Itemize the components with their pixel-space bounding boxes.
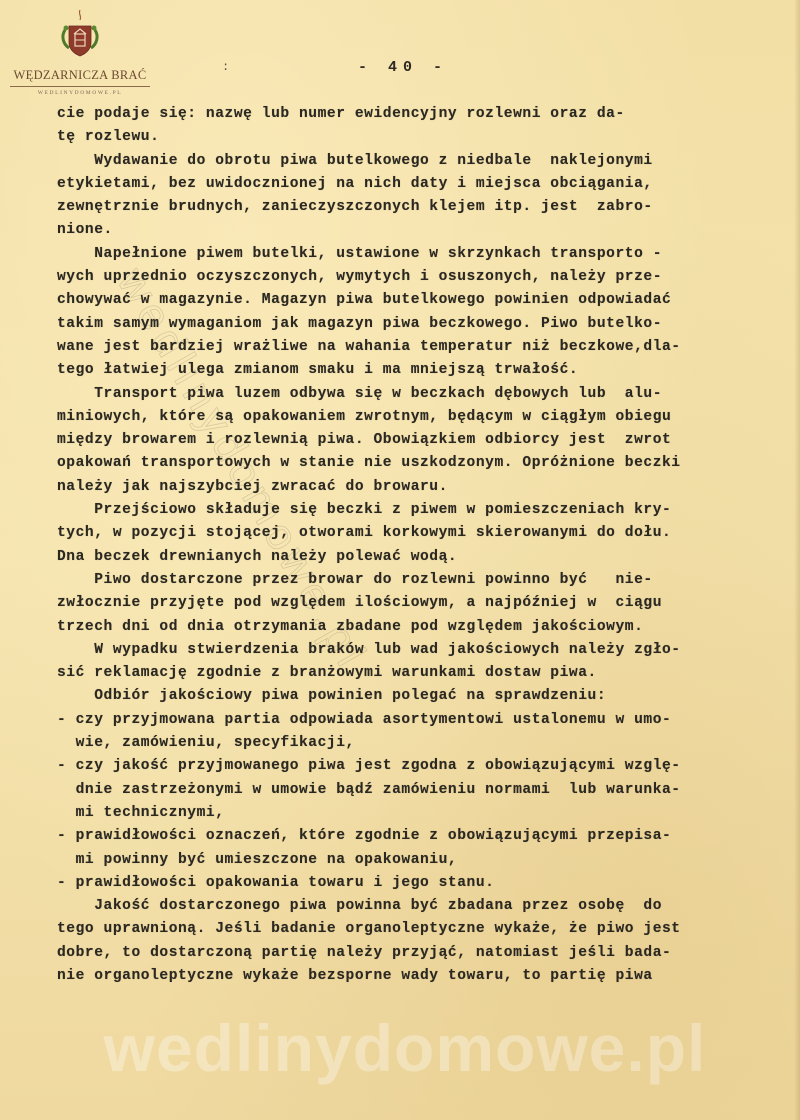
text-line: tego uprawnioną. Jeśli badanie organolep… [57,918,777,941]
text-line: miniowych, które są opakowaniem zwrotnym… [57,406,777,429]
text-line: - prawidłowości oznaczeń, które zgodnie … [57,825,777,848]
text-line: takim samym wymaganiom jak magazyn piwa … [57,313,777,336]
text-line: W wypadku stwierdzenia braków lub wad ja… [57,639,777,662]
text-line: etykietami, bez uwidocznionej na nich da… [57,173,777,196]
text-line: należy jak najszybciej zwracać do browar… [57,476,777,499]
ink-speck: : [222,60,229,74]
text-line: wane jest bardziej wrażliwe na wahania t… [57,336,777,359]
text-line: Jakość dostarczonego piwa powinna być zb… [57,895,777,918]
text-line: dobre, to dostarczoną partię należy przy… [57,942,777,965]
text-line: - czy jakość przyjmowanego piwa jest zgo… [57,755,777,778]
bottom-watermark: wedlinydomowe.pl [55,1010,755,1086]
text-line: zewnętrznie brudnych, zanieczyszczonych … [57,196,777,219]
text-line: - prawidłowości opakowania towaru i jego… [57,872,777,895]
text-line: tego łatwiej ulega zmianom smaku i ma mn… [57,359,777,382]
brand-url: WEDLINYDOMOWE.PL [10,90,150,96]
brand-divider [10,86,150,87]
text-line: Odbiór jakościowy piwa powinien polegać … [57,685,777,708]
text-line: Piwo dostarczone przez browar do rozlewn… [57,569,777,592]
text-line: Transport piwa luzem odbywa się w beczka… [57,383,777,406]
document-body: cie podaje się: nazwę lub numer ewidency… [57,103,777,988]
text-line: między browarem i rozlewnią piwa. Obowią… [57,429,777,452]
text-line: sić reklamację zgodnie z branżowymi waru… [57,662,777,685]
text-line: nione. [57,219,777,242]
text-line: Napełnione piwem butelki, ustawione w sk… [57,243,777,266]
page-edge-shadow [794,0,800,1120]
text-line: - czy przyjmowana partia odpowiada asort… [57,709,777,732]
text-line: Przejściowo składuje się beczki z piwem … [57,499,777,522]
text-line: mi powinny być umieszczone na opakowaniu… [57,849,777,872]
text-line: tych, w pozycji stojącej, otworami korko… [57,522,777,545]
brand-logo: WĘDZARNICZA BRAĆ WEDLINYDOMOWE.PL [10,8,150,96]
text-line: nie organoleptyczne wykaże bezsporne wad… [57,965,777,988]
text-line: trzech dni od dnia otrzymania zbadane po… [57,616,777,639]
text-line: opakowań transportowych w stanie nie usz… [57,452,777,475]
text-line: chowywać w magazynie. Magazyn piwa butel… [57,289,777,312]
text-line: Wydawanie do obrotu piwa butelkowego z n… [57,150,777,173]
text-line: dnie zastrzeżonymi w umowie bądź zamówie… [57,779,777,802]
text-line: cie podaje się: nazwę lub numer ewidency… [57,103,777,126]
text-line: Dna beczek drewnianych należy polewać wo… [57,546,777,569]
text-line: mi technicznymi, [57,802,777,825]
text-line: tę rozlewu. [57,126,777,149]
text-line: wie, zamówieniu, specyfikacji, [57,732,777,755]
brand-name: WĘDZARNICZA BRAĆ [10,68,150,83]
text-line: wych uprzednio oczyszczonych, wymytych i… [57,266,777,289]
page-number: - 40 - [358,59,448,76]
crest-smokehouse-icon [57,8,103,58]
text-line: zwłocznie przyjęte pod względem ilościow… [57,592,777,615]
